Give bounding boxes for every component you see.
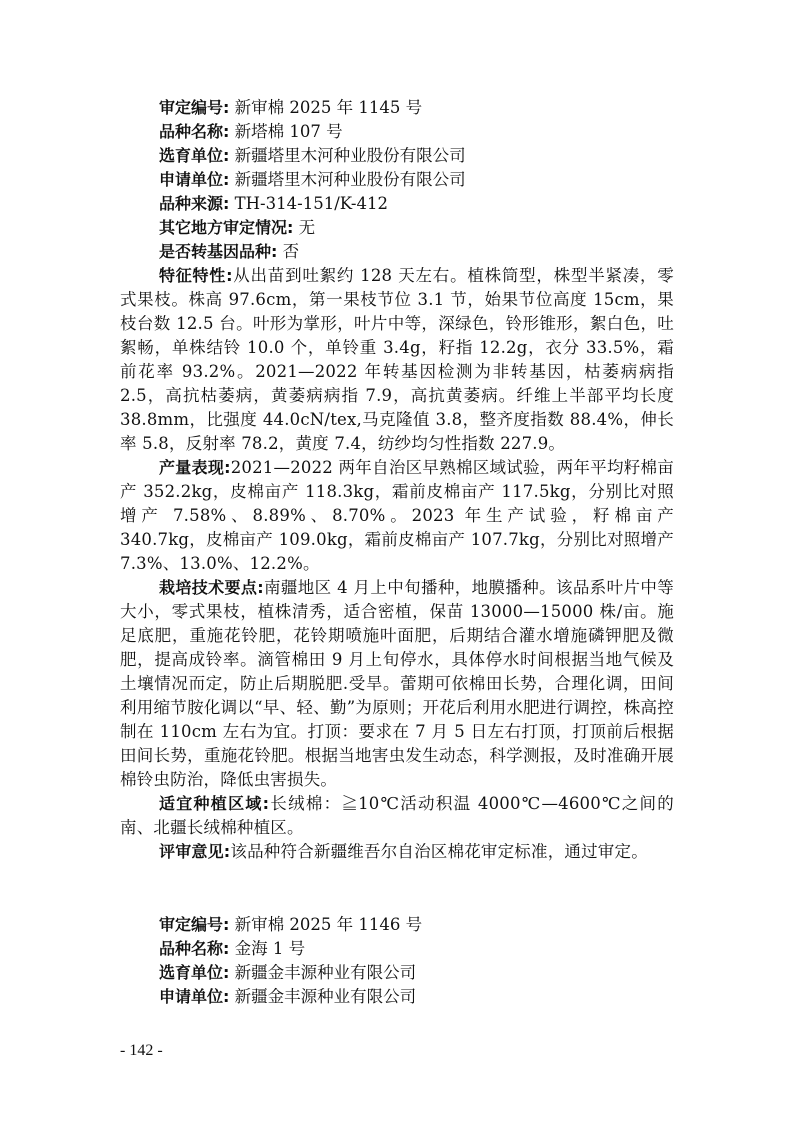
applicant-line: 申请单位: 新疆金丰源种业有限公司 — [159, 985, 679, 1009]
document-page: 审定编号: 新审棉 2025 年 1145 号 品种名称: 新塔棉 107 号 … — [0, 0, 793, 1122]
variety-name-line: 品种名称: 金海 1 号 — [159, 937, 679, 961]
suitable-region-label: 适宜种植区域: — [159, 794, 269, 813]
other-approval-label: 其它地方审定情况: — [159, 218, 293, 237]
variety-name-label: 品种名称: — [159, 122, 229, 141]
breeder-label: 选育单位: — [159, 146, 229, 165]
variety-source-value: TH-314-151/K-412 — [235, 194, 388, 213]
breeder-value: 新疆塔里木河种业股份有限公司 — [235, 146, 466, 165]
applicant-line: 申请单位: 新疆塔里木河种业股份有限公司 — [159, 168, 679, 192]
yield-paragraph: 产量表现:2021—2022 两年自治区早熟棉区域试验，两年平均籽棉亩产 352… — [120, 456, 674, 576]
review-opinion-text: 该品种符合新疆维吾尔自治区棉花审定标准，通过审定。 — [230, 842, 648, 861]
other-approval-line: 其它地方审定情况: 无 — [159, 216, 679, 240]
review-opinion-label: 评审意见: — [159, 842, 230, 861]
entry-2-meta: 审定编号: 新审棉 2025 年 1146 号 品种名称: 金海 1 号 选育单… — [159, 913, 679, 1009]
applicant-value: 新疆塔里木河种业股份有限公司 — [235, 170, 466, 189]
applicant-label: 申请单位: — [159, 170, 229, 189]
variety-source-label: 品种来源: — [159, 194, 229, 213]
variety-name-line: 品种名称: 新塔棉 107 号 — [159, 120, 679, 144]
transgenic-label: 是否转基因品种: — [159, 242, 277, 261]
characteristics-label: 特征特性: — [159, 266, 233, 285]
variety-name-value: 新塔棉 107 号 — [235, 122, 343, 141]
breeder-label: 选育单位: — [159, 963, 229, 982]
approval-number-value: 新审棉 2025 年 1146 号 — [235, 915, 422, 934]
variety-name-value: 金海 1 号 — [235, 939, 306, 958]
entry-1-body: 特征特性:从出苗到吐絮约 128 天左右。植株筒型，株型半紧凑，零式果枝。株高 … — [120, 264, 674, 864]
approval-number-value: 新审棉 2025 年 1145 号 — [235, 98, 422, 117]
breeder-line: 选育单位: 新疆金丰源种业有限公司 — [159, 961, 679, 985]
yield-label: 产量表现: — [159, 458, 231, 477]
transgenic-value: 否 — [283, 242, 300, 261]
approval-number-label: 审定编号: — [159, 915, 229, 934]
approval-number-line: 审定编号: 新审棉 2025 年 1146 号 — [159, 913, 679, 937]
approval-number-line: 审定编号: 新审棉 2025 年 1145 号 — [159, 96, 679, 120]
applicant-value: 新疆金丰源种业有限公司 — [235, 987, 417, 1006]
characteristics-paragraph: 特征特性:从出苗到吐絮约 128 天左右。植株筒型，株型半紧凑，零式果枝。株高 … — [120, 264, 674, 456]
breeder-line: 选育单位: 新疆塔里木河种业股份有限公司 — [159, 144, 679, 168]
review-opinion-paragraph: 评审意见:该品种符合新疆维吾尔自治区棉花审定标准，通过审定。 — [120, 840, 674, 864]
transgenic-line: 是否转基因品种: 否 — [159, 240, 679, 264]
suitable-region-paragraph: 适宜种植区域:长绒棉：≧10℃活动积温 4000℃—4600℃之间的南、北疆长绒… — [120, 792, 674, 840]
other-approval-value: 无 — [299, 218, 316, 237]
characteristics-text: 从出苗到吐絮约 128 天左右。植株筒型，株型半紧凑，零式果枝。株高 97.6c… — [120, 266, 674, 453]
entry-1-meta: 审定编号: 新审棉 2025 年 1145 号 品种名称: 新塔棉 107 号 … — [159, 96, 679, 264]
cultivation-label: 栽培技术要点: — [159, 578, 264, 597]
breeder-value: 新疆金丰源种业有限公司 — [235, 963, 417, 982]
page-number: - 142 - — [120, 1042, 163, 1060]
applicant-label: 申请单位: — [159, 987, 229, 1006]
variety-source-line: 品种来源: TH-314-151/K-412 — [159, 192, 679, 216]
cultivation-paragraph: 栽培技术要点:南疆地区 4 月上中旬播种，地膜播种。该品系叶片中等大小，零式果枝… — [120, 576, 674, 792]
approval-number-label: 审定编号: — [159, 98, 229, 117]
variety-name-label: 品种名称: — [159, 939, 229, 958]
cultivation-text: 南疆地区 4 月上中旬播种，地膜播种。该品系叶片中等大小，零式果枝，植株清秀，适… — [120, 578, 674, 789]
